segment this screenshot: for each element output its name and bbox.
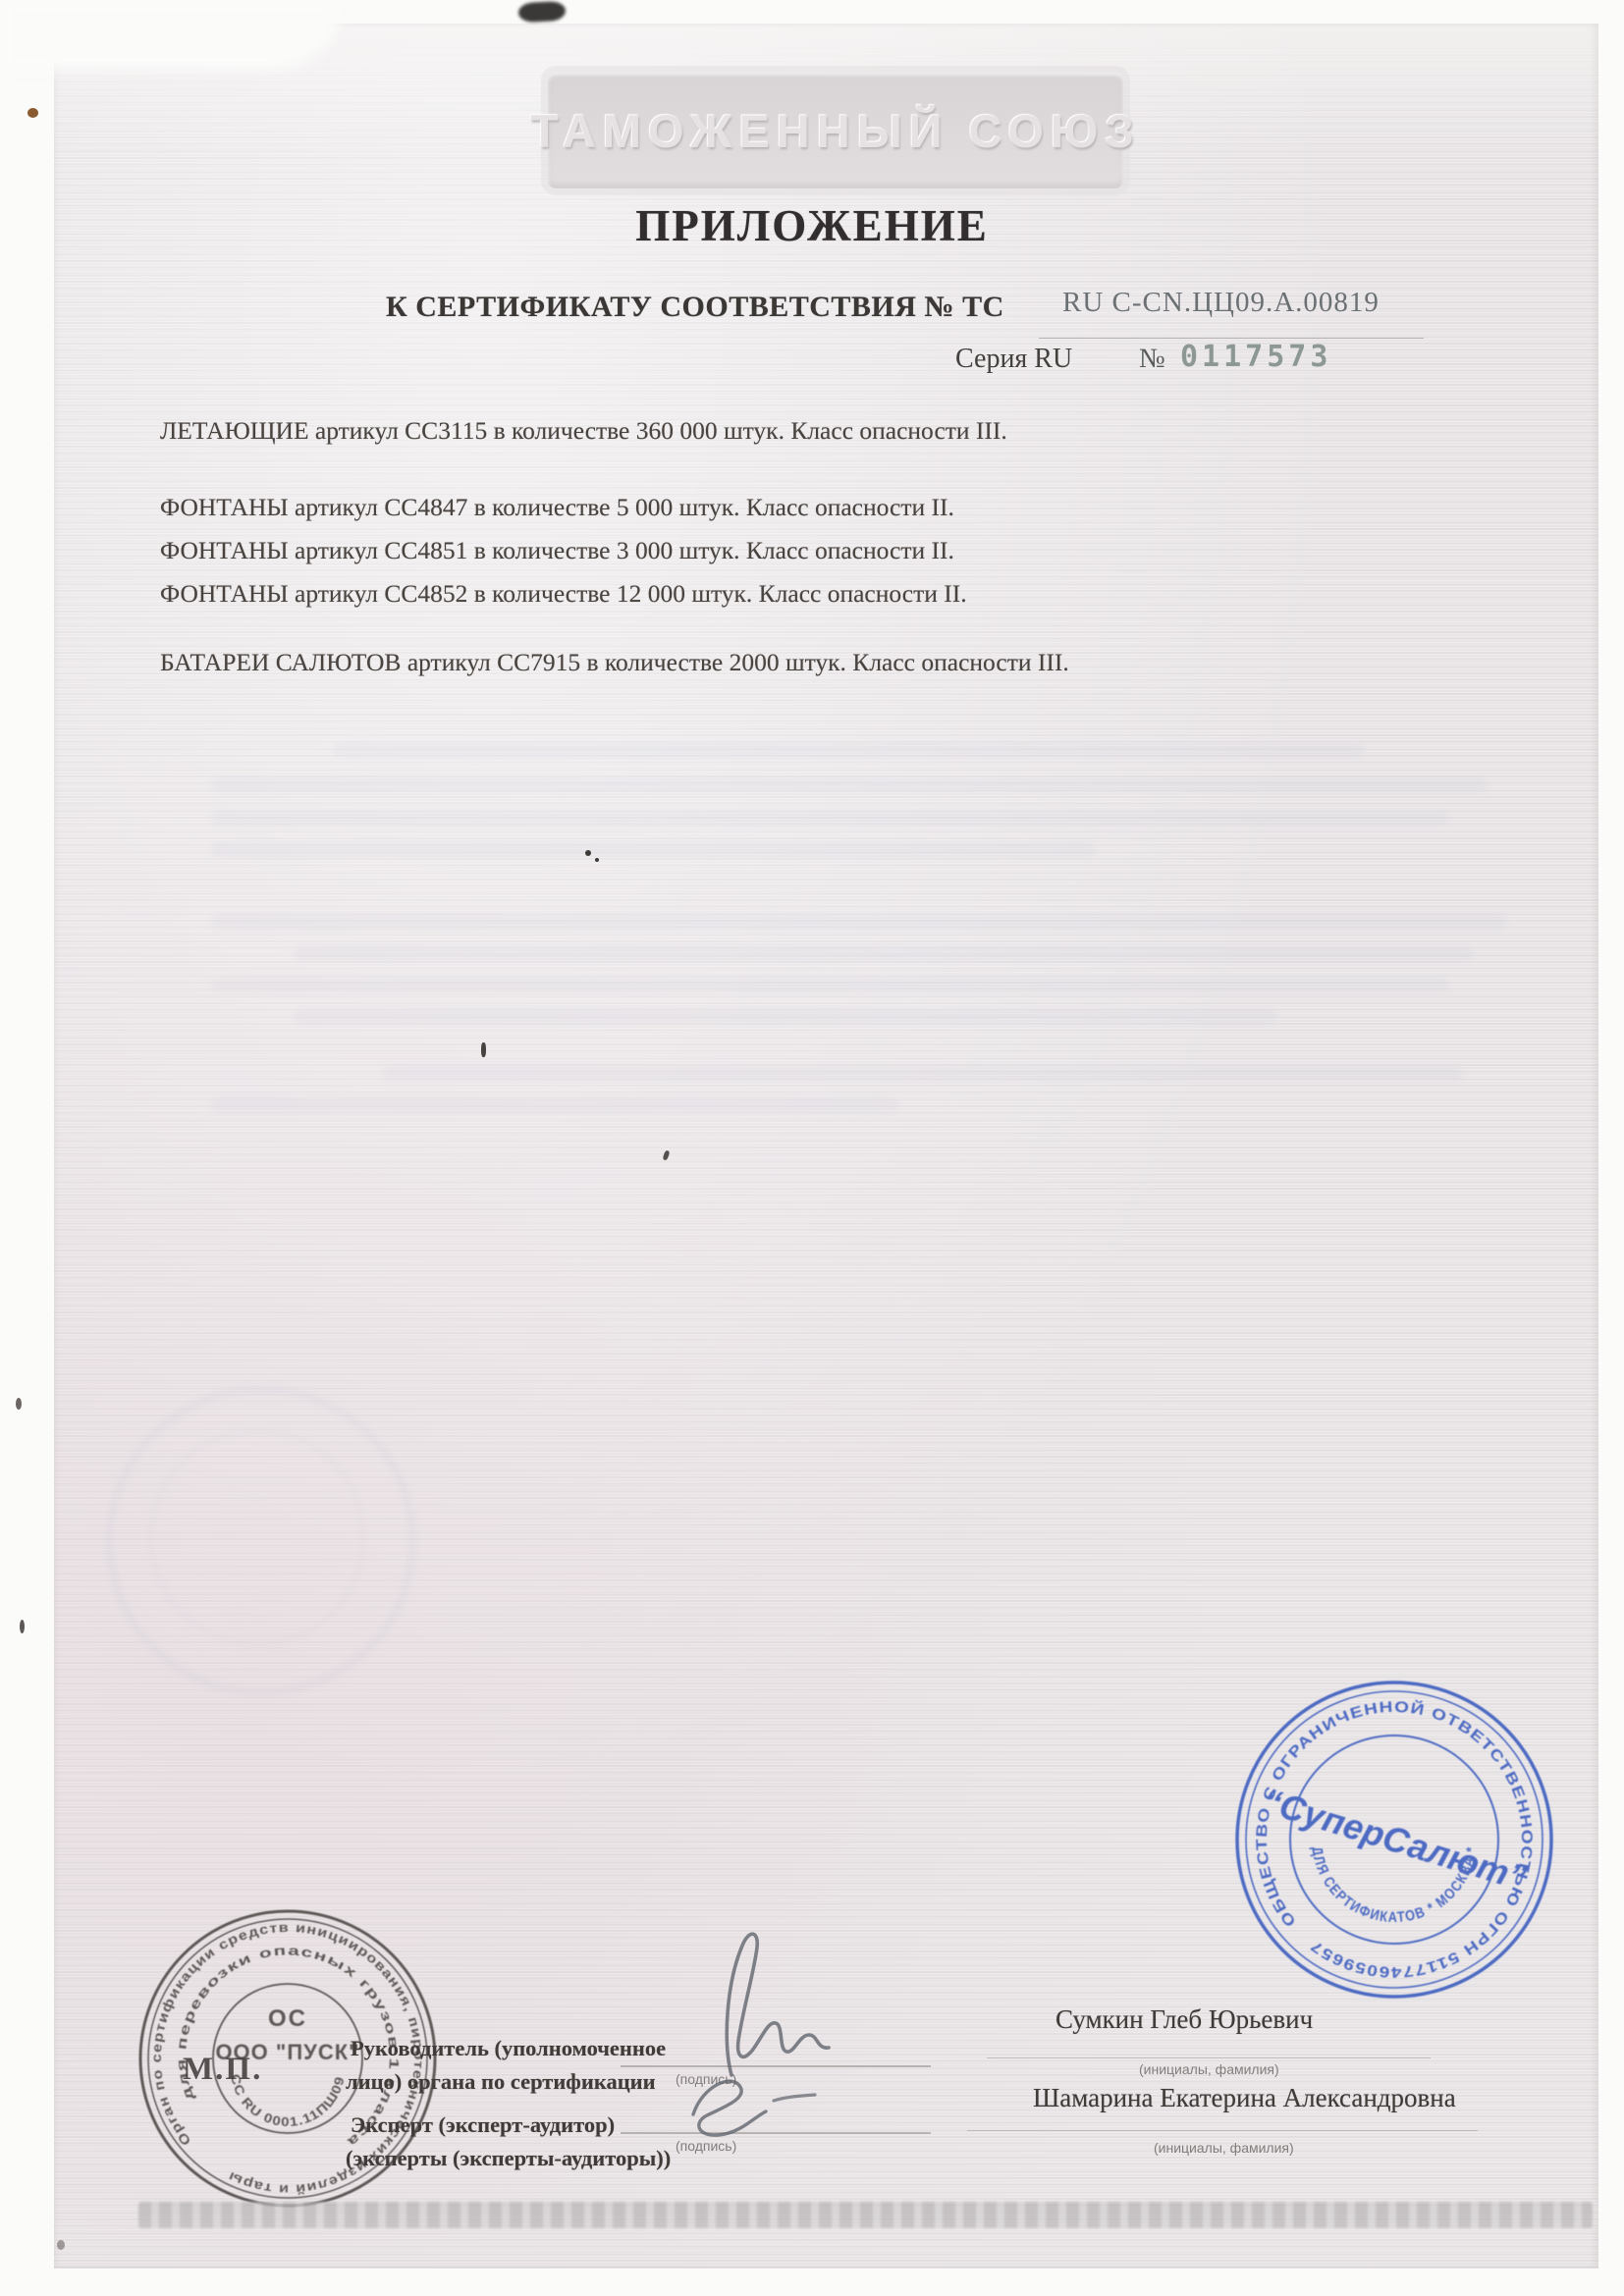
ink-speck	[20, 1620, 25, 1633]
signature-1	[677, 1926, 844, 2081]
head-name: Сумкин Глеб Юрьевич	[1056, 2004, 1313, 2035]
ghost-text-line	[211, 842, 1095, 857]
ghost-text-line	[295, 946, 1473, 961]
certificate-label: К СЕРТИФИКАТУ СООТВЕТСТВИЯ № ТС	[386, 291, 1004, 324]
ghost-text-line	[211, 978, 1448, 992]
ghost-text-line	[211, 777, 1488, 792]
ghost-text-line	[211, 1097, 898, 1112]
customs-union-watermark-text: ТАМОЖЕННЫЙ СОЮЗ	[530, 104, 1141, 158]
signature-2	[666, 2061, 838, 2152]
product-line: БАТАРЕИ САЛЮТОВ артикул СС7915 в количес…	[160, 648, 1069, 677]
expert-name: Шамарина Екатерина Александровна	[1033, 2083, 1456, 2113]
ghost-text-line	[383, 1066, 1463, 1081]
seal-place-label: М.П.	[183, 2052, 262, 2088]
product-line: ФОНТАНЫ артикул СС4852 в количестве 12 0…	[160, 579, 967, 609]
product-line: ФОНТАНЫ артикул СС4847 в количестве 5 00…	[160, 493, 954, 522]
ink-speck	[595, 858, 599, 862]
name-line-1	[987, 2057, 1431, 2058]
product-line: ФОНТАНЫ артикул СС4851 в количестве 3 00…	[160, 536, 954, 565]
ghost-text-line	[334, 743, 1365, 758]
ink-speck	[57, 2240, 65, 2250]
supersalut-org-stamp: ОБЩЕСТВО С ОГРАНИЧЕННОЙ ОТВЕТСТВЕННОСТЬЮ…	[1229, 1675, 1559, 2004]
series-label: Серия RU	[955, 344, 1072, 375]
ghost-text-line	[211, 811, 1448, 826]
ink-speck	[585, 850, 591, 856]
ghost-text-line	[211, 915, 1507, 930]
customs-union-watermark-band: ТАМОЖЕННЫЙ СОЮЗ	[548, 73, 1123, 188]
page-title: ПРИЛОЖЕНИЕ	[0, 200, 1624, 251]
name-line-2	[967, 2130, 1478, 2131]
role-expert-line2: (эксперты (эксперты-аудиторы))	[346, 2146, 671, 2171]
blurred-footer-band	[138, 2202, 1593, 2228]
series-number: 0117573	[1180, 340, 1331, 374]
scanned-certificate-page: ТАМОЖЕННЫЙ СОЮЗ ПРИЛОЖЕНИЕ К СЕРТИФИКАТУ…	[0, 0, 1624, 2296]
product-line: ЛЕТАЮЩИЕ артикул СС3115 в количестве 360…	[160, 416, 1007, 446]
ink-speck	[27, 108, 38, 118]
ghost-text-line	[295, 1009, 1276, 1024]
role-head-line1: Руководитель (уполномоченное	[351, 2036, 666, 2061]
ink-speck	[16, 1398, 22, 1410]
name-caption-2: (инициалы, фамилия)	[1154, 2140, 1294, 2156]
ink-speck	[481, 1042, 486, 1057]
stamp-center-line1: ОС	[268, 2005, 307, 2032]
name-caption-1: (инициалы, фамилия)	[1139, 2061, 1279, 2077]
series-number-sign: №	[1139, 344, 1165, 375]
role-head-line2: лицо) органа по сертификации	[346, 2069, 656, 2095]
binder-mark	[518, 1, 567, 23]
ghost-stamp-inner-circle	[149, 1429, 365, 1645]
certificate-number-underline	[1039, 338, 1424, 339]
role-expert-line1: Эксперт (эксперт-аудитор)	[351, 2112, 615, 2138]
certificate-number: RU C-CN.ЦЦ09.А.00819	[1062, 287, 1380, 319]
page-corner-notch	[0, 0, 344, 71]
